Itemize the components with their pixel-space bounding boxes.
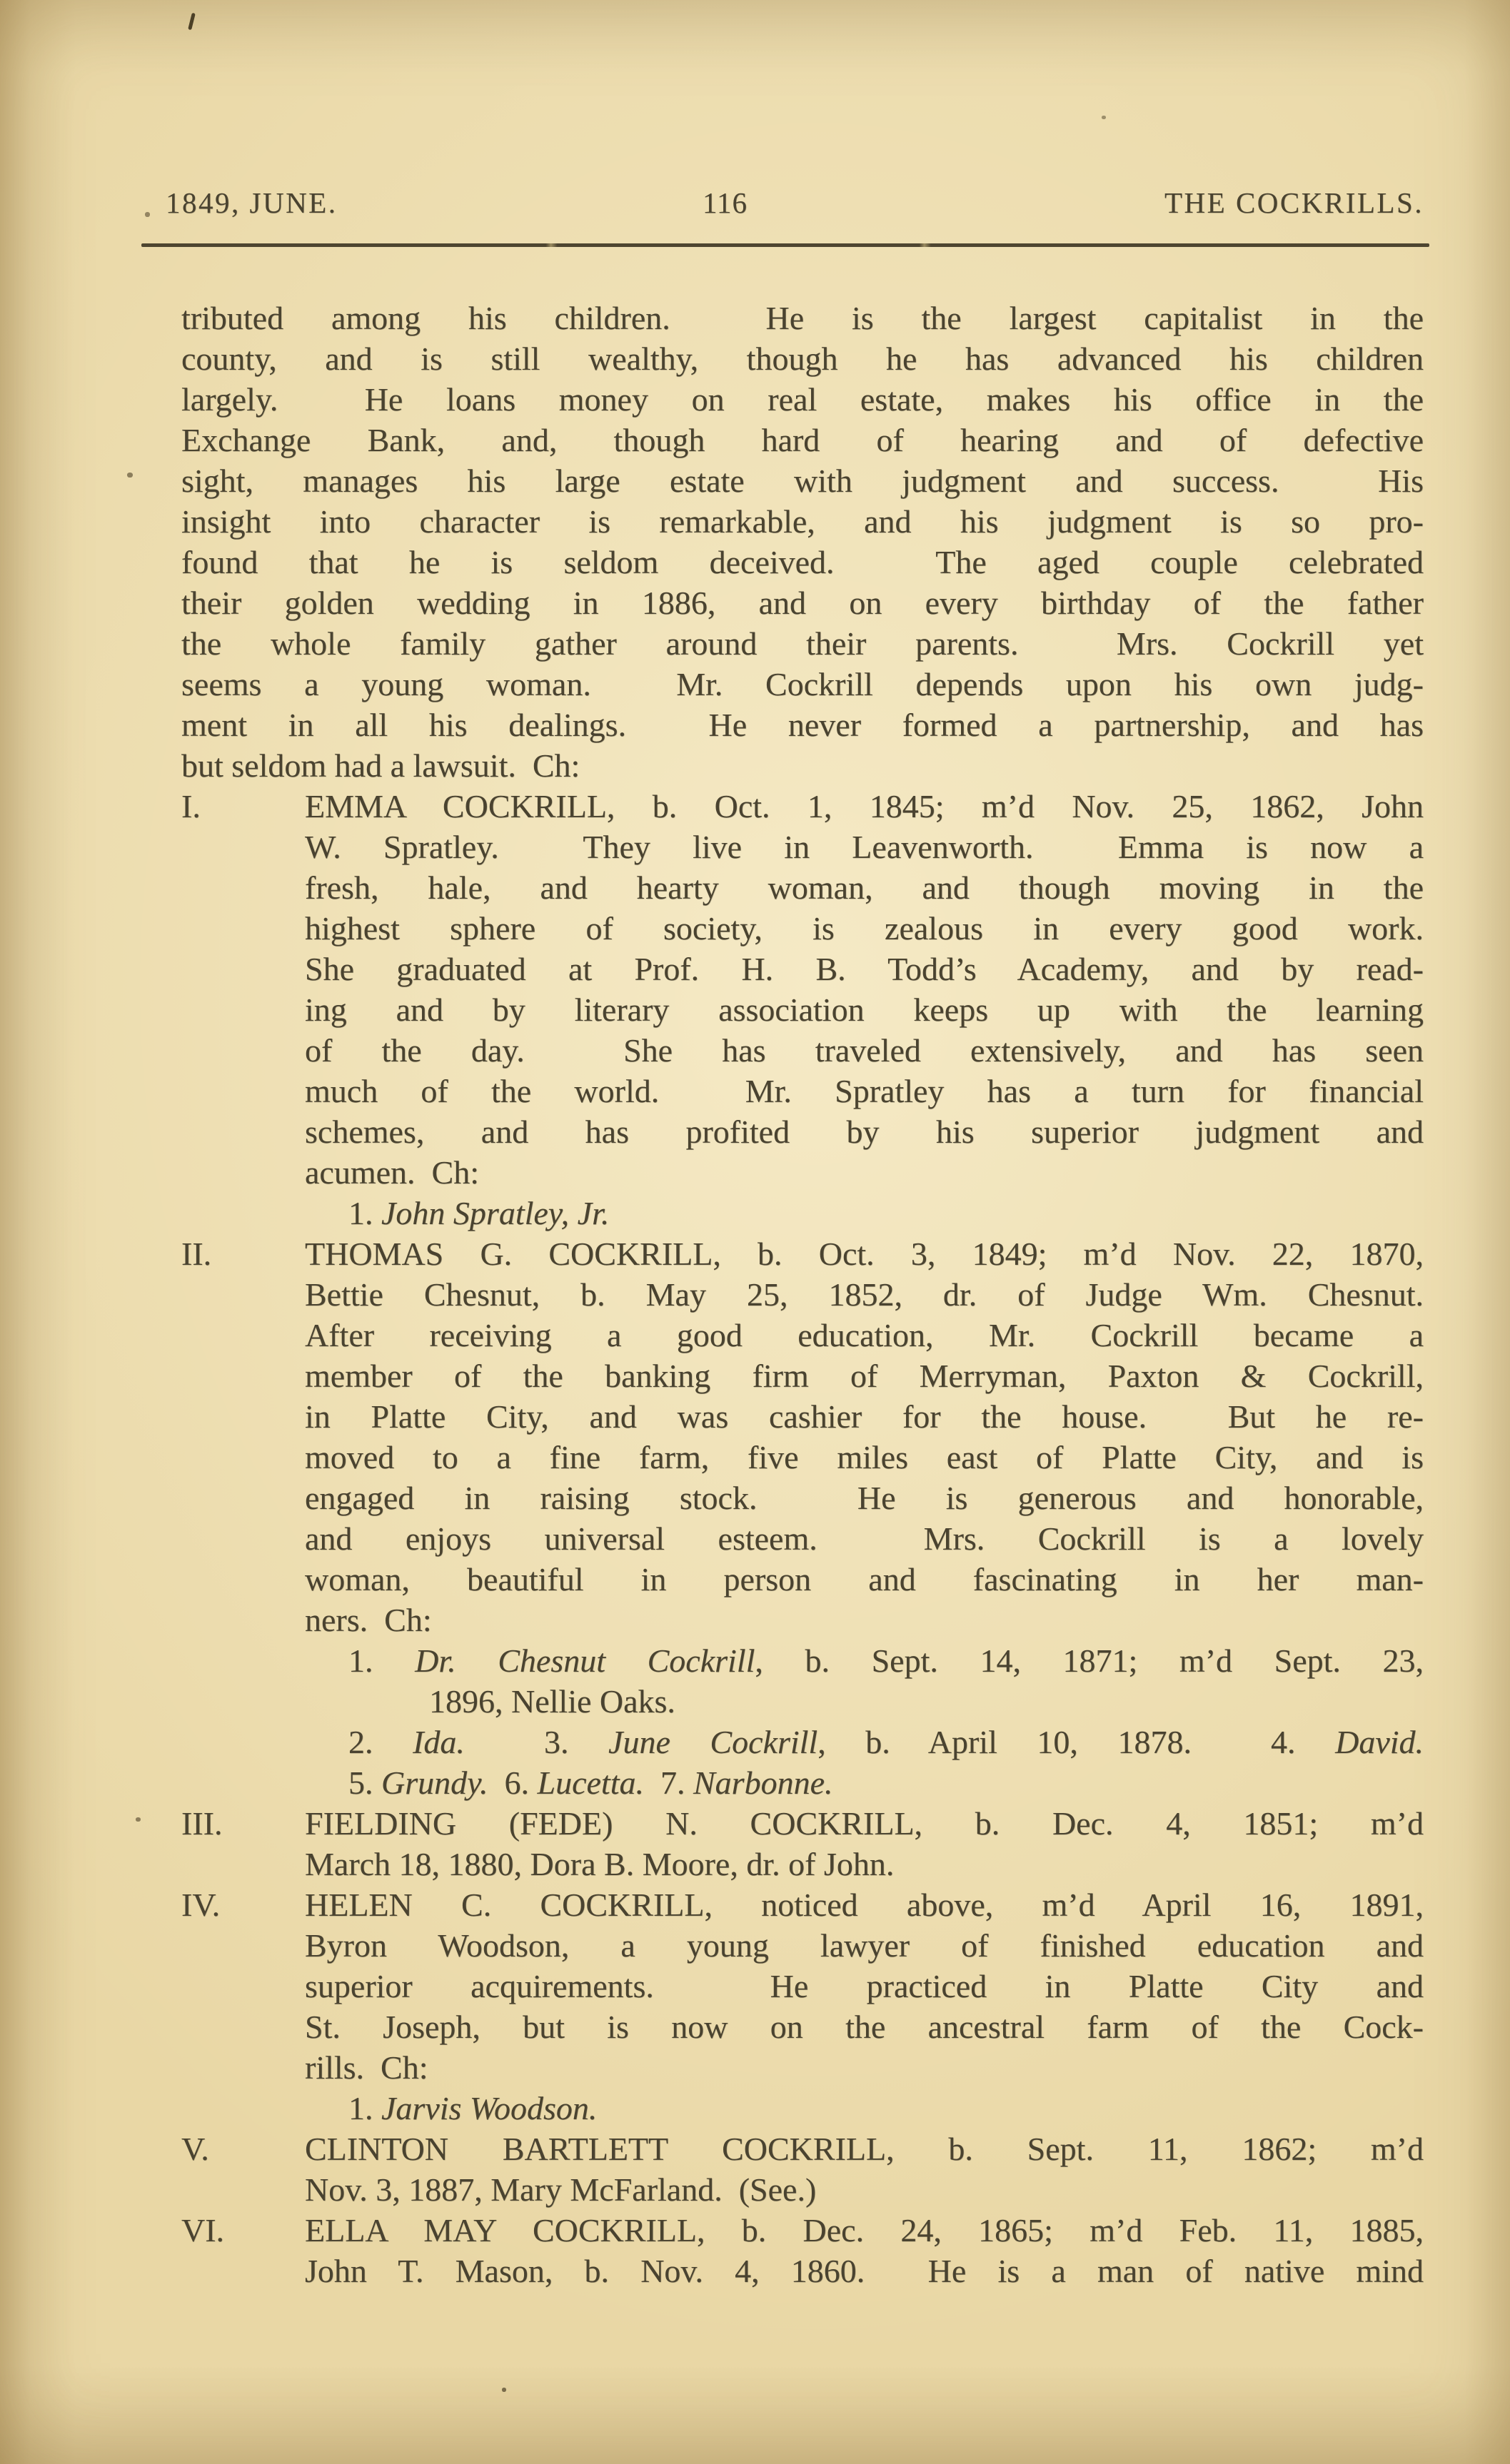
text-line: engaged in raising stock. He is generous… <box>181 1478 1424 1518</box>
entry-heading-line: VI.ELLA MAY COCKRILL, b. Dec. 24, 1865; … <box>181 2210 1424 2251</box>
text-line: rills. Ch: <box>181 2047 1424 2088</box>
child-list-line: 5. Grundy. 6. Lucetta. 7. Narbonne. <box>181 1762 1424 1803</box>
roman-numeral: IV. <box>181 1884 241 1925</box>
text-line: in Platte City, and was cashier for the … <box>181 1396 1424 1437</box>
text-line: member of the banking firm of Merryman, … <box>181 1355 1424 1396</box>
text-line: but seldom had a lawsuit. Ch: <box>181 745 1424 786</box>
text-run: , b. April 10, 1878. 4. <box>817 1724 1335 1760</box>
text-line: John T. Mason, b. Nov. 4, 1860. He is a … <box>181 2251 1424 2291</box>
entry-text: ELLA MAY COCKRILL, b. Dec. 24, 1865; m’d… <box>305 2212 1424 2248</box>
text-line: the whole family gather around their par… <box>181 623 1424 664</box>
entry-heading-line: IV.HELEN C. COCKRILL, noticed above, m’d… <box>181 1884 1424 1925</box>
text-line: Byron Woodson, a young lawyer of finishe… <box>181 1925 1424 1966</box>
text-line: county, and is still wealthy, though he … <box>181 338 1424 379</box>
roman-numeral: II. <box>181 1233 241 1274</box>
text-line: much of the world. Mr. Spratley has a tu… <box>181 1071 1424 1111</box>
entry-heading-line: V.CLINTON BARTLETT COCKRILL, b. Sept. 11… <box>181 2129 1424 2169</box>
text-line: of the day. She has traveled extensively… <box>181 1030 1424 1071</box>
ink-speck <box>136 1817 141 1822</box>
text-run: 5. <box>348 1764 381 1801</box>
entry-text: EMMA COCKRILL, b. Oct. 1, 1845; m’d Nov.… <box>305 788 1424 824</box>
text-run: Grundy. <box>381 1764 488 1801</box>
roman-numeral: VI. <box>181 2210 241 2251</box>
header-rule <box>141 243 1429 247</box>
text-run: John Spratley, Jr. <box>381 1195 609 1231</box>
text-run: Ida. <box>413 1724 465 1760</box>
text-line: St. Joseph, but is now on the ancestral … <box>181 2006 1424 2047</box>
text-line: acumen. Ch: <box>181 1152 1424 1193</box>
roman-numeral: I. <box>181 786 241 827</box>
page-header: 1849, JUNE. 116 THE COCKRILLS. <box>0 188 1510 218</box>
text-line: schemes, and has profited by his superio… <box>181 1111 1424 1152</box>
text-line: Nov. 3, 1887, Mary McFarland. (See.) <box>181 2169 1424 2210</box>
entry-text: HELEN C. COCKRILL, noticed above, m’d Ap… <box>305 1887 1424 1923</box>
entry-heading-line: III.FIELDING (FEDE) N. COCKRILL, b. Dec.… <box>181 1803 1424 1844</box>
text-run: 1. <box>348 1642 415 1679</box>
text-line: sight, manages his large estate with jud… <box>181 460 1424 501</box>
text-line: their golden wedding in 1886, and on eve… <box>181 582 1424 623</box>
child-list-line: 1. Dr. Chesnut Cockrill, b. Sept. 14, 18… <box>181 1640 1424 1681</box>
text-run: 7. <box>644 1764 693 1801</box>
ink-speck <box>1102 116 1106 119</box>
text-line: woman, beautiful in person and fascinati… <box>181 1559 1424 1600</box>
child-list-line: 1. John Spratley, Jr. <box>181 1193 1424 1233</box>
text-line: seems a young woman. Mr. Cockrill depend… <box>181 664 1424 705</box>
text-run: Dr. Chesnut Cockrill <box>415 1642 755 1679</box>
roman-numeral: V. <box>181 2129 241 2169</box>
child-list-line: 1. Jarvis Woodson. <box>181 2088 1424 2129</box>
header-title: THE COCKRILLS. <box>1164 188 1424 218</box>
text-line: insight into character is remarkable, an… <box>181 501 1424 542</box>
text-line: moved to a fine farm, five miles east of… <box>181 1437 1424 1478</box>
text-line: W. Spratley. They live in Leavenworth. E… <box>181 827 1424 867</box>
entry-text: FIELDING (FEDE) N. COCKRILL, b. Dec. 4, … <box>305 1805 1424 1842</box>
ink-speck <box>127 473 133 478</box>
text-run: Narbonne. <box>693 1764 833 1801</box>
text-run: David. <box>1335 1724 1424 1760</box>
text-line: ing and by literary association keeps up… <box>181 989 1424 1030</box>
ink-speck <box>502 2388 506 2392</box>
entry-text: THOMAS G. COCKRILL, b. Oct. 3, 1849; m’d… <box>305 1236 1424 1272</box>
text-run: 1. <box>348 2090 381 2126</box>
text-line: ment in all his dealings. He never forme… <box>181 705 1424 745</box>
child-list-line: 1896, Nellie Oaks. <box>181 1681 1424 1722</box>
text-line: largely. He loans money on real estate, … <box>181 379 1424 420</box>
text-line: She graduated at Prof. H. B. Todd’s Acad… <box>181 949 1424 989</box>
book-page: 1849, JUNE. 116 THE COCKRILLS. tributed … <box>0 0 1510 2464</box>
entry-heading-line: I.EMMA COCKRILL, b. Oct. 1, 1845; m’d No… <box>181 786 1424 827</box>
child-list-line: 2. Ida. 3. June Cockrill, b. April 10, 1… <box>181 1722 1424 1762</box>
text-line: Bettie Chesnut, b. May 25, 1852, dr. of … <box>181 1274 1424 1315</box>
text-line: March 18, 1880, Dora B. Moore, dr. of Jo… <box>181 1844 1424 1884</box>
text-run: 6. <box>488 1764 538 1801</box>
entry-heading-line: II.THOMAS G. COCKRILL, b. Oct. 3, 1849; … <box>181 1233 1424 1274</box>
text-line: fresh, hale, and hearty woman, and thoug… <box>181 867 1424 908</box>
text-line: highest sphere of society, is zealous in… <box>181 908 1424 949</box>
text-line: Exchange Bank, and, though hard of heari… <box>181 420 1424 460</box>
ink-speck <box>145 212 150 217</box>
text-line: After receiving a good education, Mr. Co… <box>181 1315 1424 1355</box>
text-run: Lucetta. <box>538 1764 644 1801</box>
entry-text: CLINTON BARTLETT COCKRILL, b. Sept. 11, … <box>305 2131 1424 2167</box>
body-text: tributed among his children. He is the l… <box>181 298 1424 2291</box>
text-line: tributed among his children. He is the l… <box>181 298 1424 338</box>
text-line: superior acquirements. He practiced in P… <box>181 1966 1424 2006</box>
text-line: ners. Ch: <box>181 1600 1424 1640</box>
text-run: Jarvis Woodson. <box>381 2090 597 2126</box>
text-run: 2. <box>348 1724 413 1760</box>
text-run: , b. Sept. 14, 1871; m’d Sept. 23, <box>755 1642 1424 1679</box>
text-run: 1. <box>348 1195 381 1231</box>
roman-numeral: III. <box>181 1803 241 1844</box>
ink-speck <box>188 13 196 30</box>
text-run: 3. <box>465 1724 608 1760</box>
text-line: found that he is seldom deceived. The ag… <box>181 542 1424 582</box>
text-run: June Cockrill <box>608 1724 817 1760</box>
text-line: and enjoys universal esteem. Mrs. Cockri… <box>181 1518 1424 1559</box>
